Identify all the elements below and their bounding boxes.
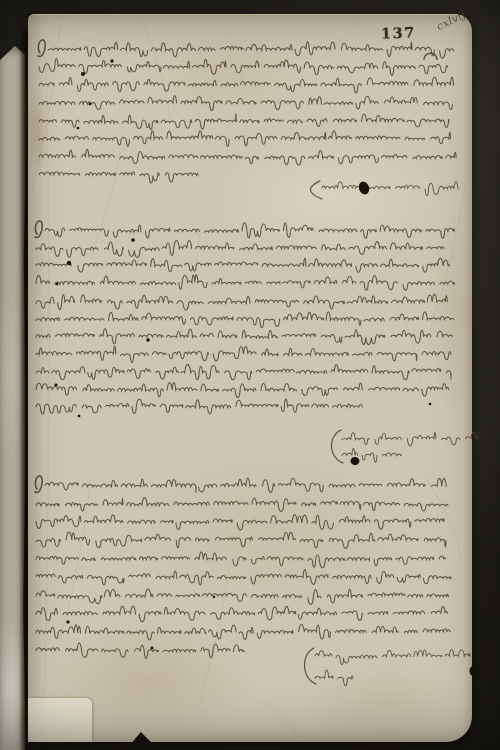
manuscript-page [28,14,472,742]
repair-patch [28,698,92,742]
folio-stamp-number: 137 [381,24,416,42]
manuscript-photo: 137 cxlvij [0,0,500,750]
